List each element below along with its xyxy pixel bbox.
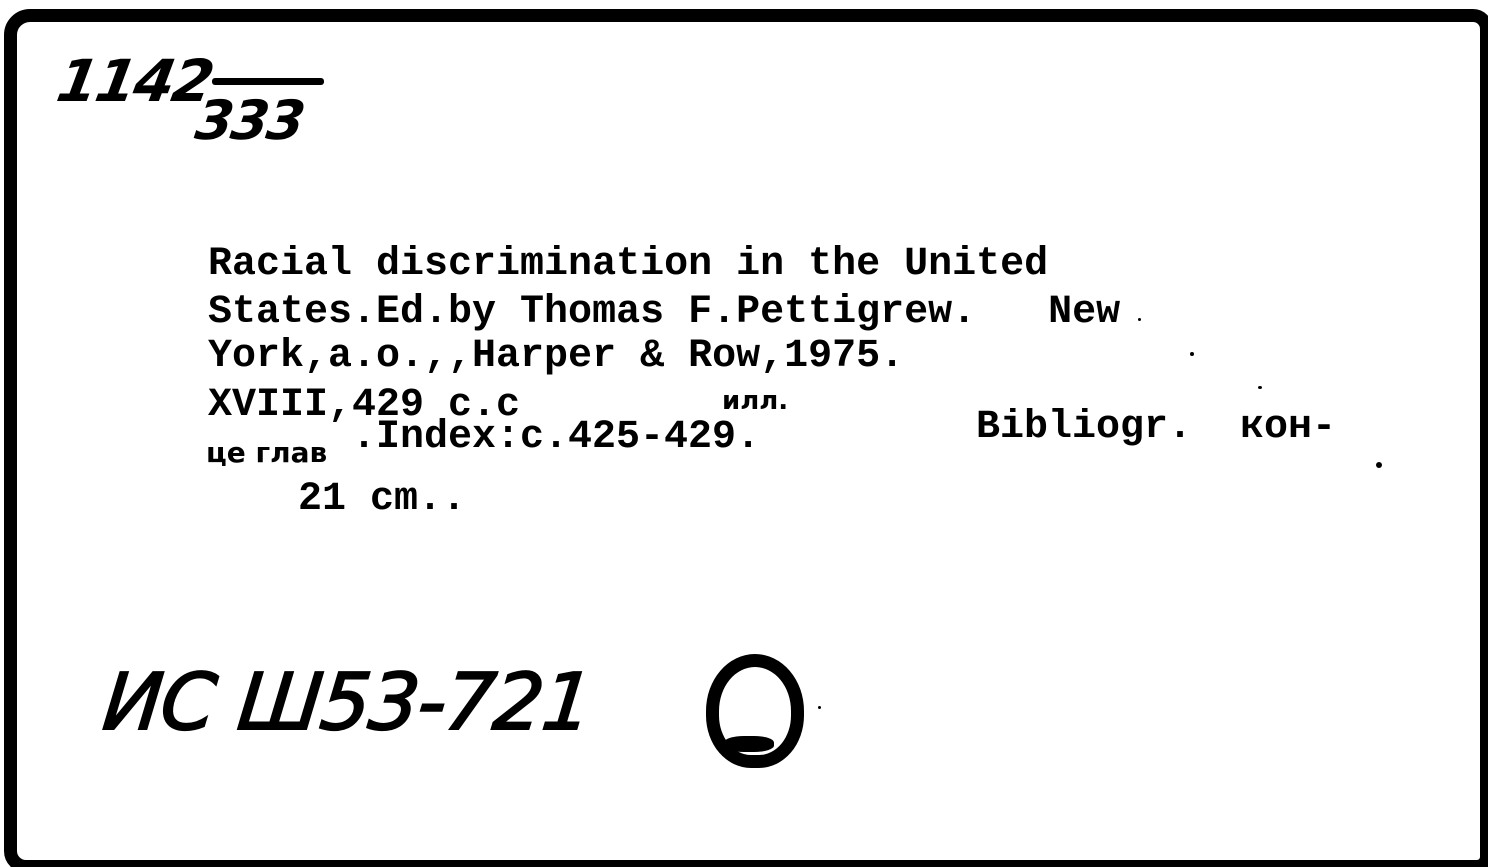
entry-line-bibliography: Bibliogr. кон- [976, 408, 1336, 448]
entry-line-title: Racial discrimination in the United [208, 245, 1048, 285]
handwritten-chapters-note: це глав [206, 436, 327, 469]
scan-speck [1376, 462, 1382, 468]
shelf-mark-denominator: 333 [192, 94, 306, 148]
scan-speck [1190, 352, 1194, 356]
handwritten-illustrations-note: илл. [722, 386, 788, 416]
entry-line-index: .Index:c.425-429. [352, 418, 760, 458]
scan-speck [1258, 386, 1262, 389]
inventory-number: ИС Ш53-721 [100, 664, 595, 742]
stamp-foot-mark [724, 736, 774, 752]
shelf-mark-numerator: 1142 [53, 52, 217, 110]
scan-speck [818, 706, 821, 709]
entry-line-editor: States.Ed.by Thomas F.Pettigrew. New [208, 293, 1120, 333]
shelf-mark-fraction-line [212, 78, 324, 85]
entry-line-size: 21 cm.. [298, 480, 466, 520]
entry-line-imprint: York,a.o.,,Harper & Row,1975. [208, 337, 904, 377]
scan-speck [1138, 318, 1141, 321]
